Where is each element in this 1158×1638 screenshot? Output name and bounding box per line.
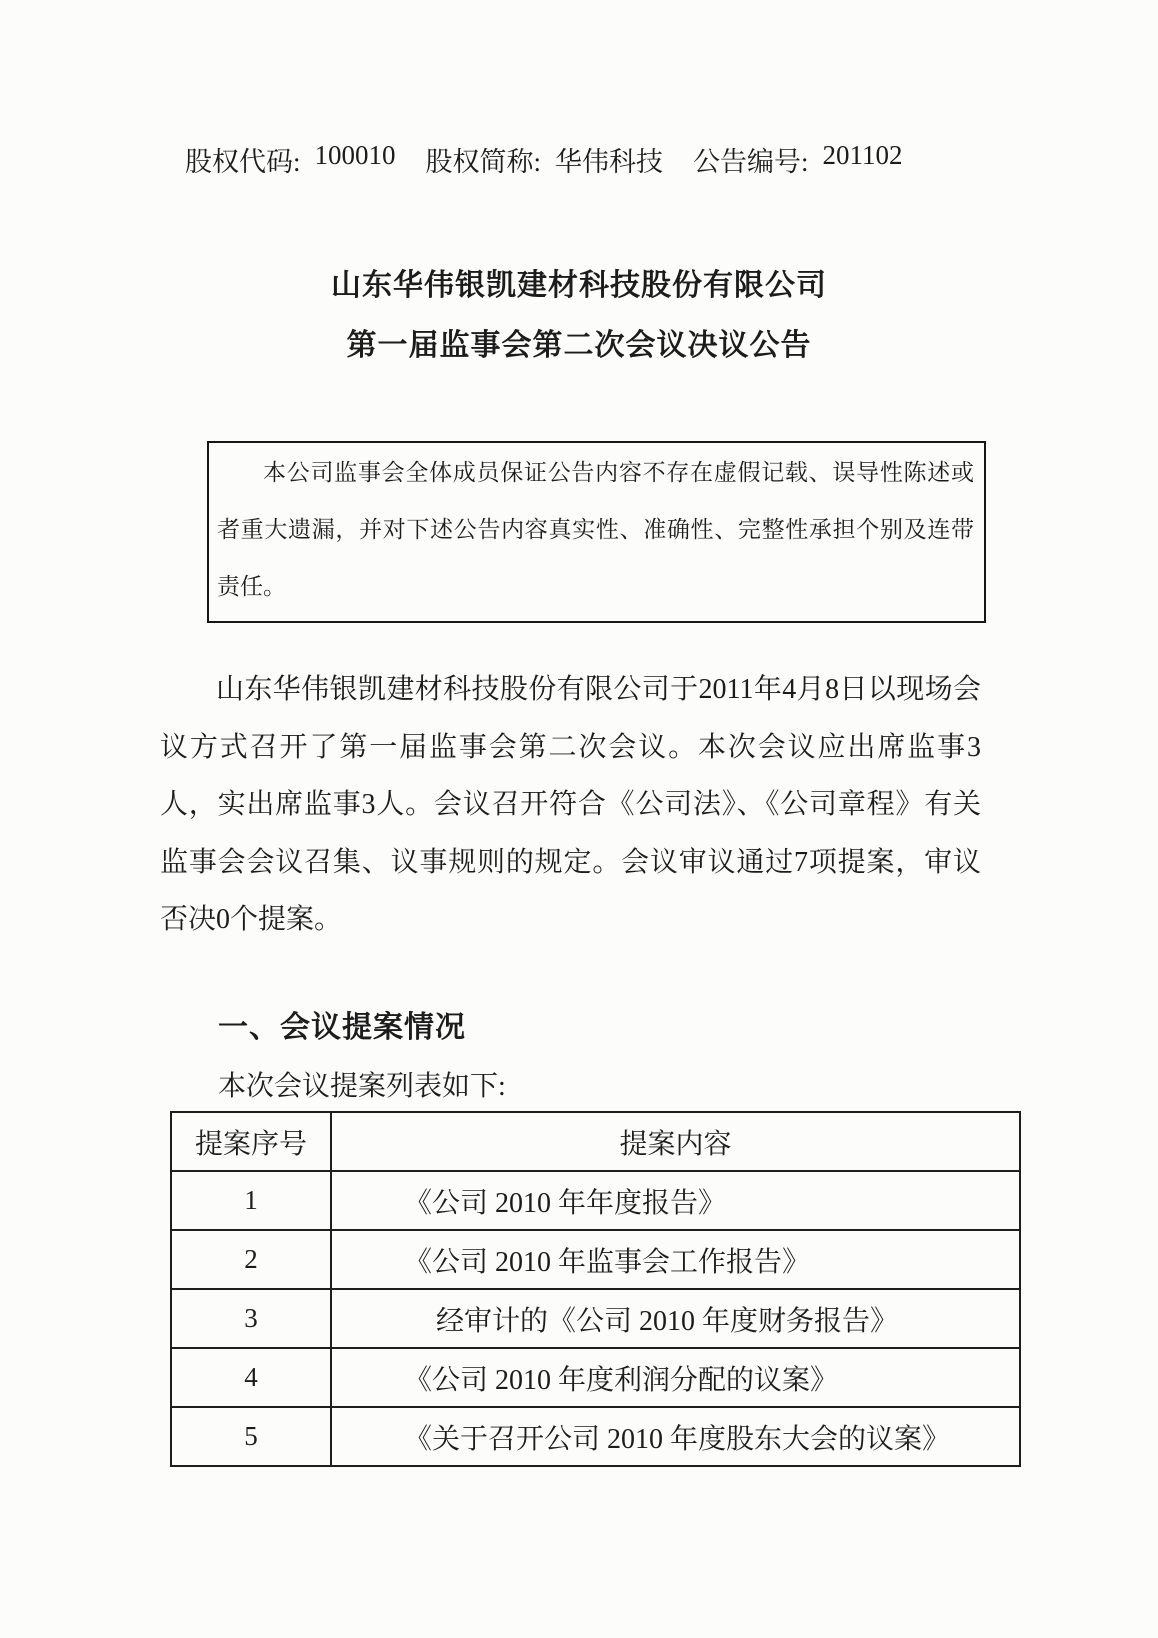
proposal-number: 1 (171, 1171, 331, 1230)
column-header-proposal-number: 提案序号 (171, 1112, 331, 1171)
disclaimer-text: 本公司监事会全体成员保证公告内容不存在虚假记载、误导性陈述或者重大遗漏，并对下述… (217, 444, 974, 615)
table-row: 4 《公司 2010 年度利润分配的议案》 (171, 1348, 1020, 1407)
stock-name-pair: 股权简称: 华伟科技 (426, 140, 664, 179)
meeting-summary-paragraph: 山东华伟银凯建材科技股份有限公司于2011年4月8日以现场会议方式召开了第一届监… (160, 661, 981, 949)
column-header-proposal-content: 提案内容 (331, 1112, 1020, 1171)
table-row: 2 《公司 2010 年监事会工作报告》 (171, 1230, 1020, 1289)
proposal-number: 4 (171, 1348, 331, 1407)
proposal-number: 3 (171, 1289, 331, 1348)
stock-code-pair: 股权代码: 100010 (185, 140, 396, 179)
announcement-no-pair: 公告编号: 201102 (693, 140, 903, 179)
proposal-content: 《公司 2010 年监事会工作报告》 (331, 1230, 1020, 1289)
company-name-title: 山东华伟银凯建材科技股份有限公司 (0, 260, 1158, 304)
stock-name-value: 华伟科技 (555, 140, 663, 179)
proposal-number: 2 (171, 1230, 331, 1289)
announcement-document-page: 股权代码: 100010 股权简称: 华伟科技 公告编号: 201102 山东华… (0, 0, 1158, 1638)
document-header: 股权代码: 100010 股权简称: 华伟科技 公告编号: 201102 (185, 140, 903, 179)
proposal-content: 经审计的《公司 2010 年度财务报告》 (331, 1289, 1020, 1348)
table-intro-text: 本次会议提案列表如下: (218, 1064, 506, 1104)
announcement-title: 第一届监事会第二次会议决议公告 (0, 320, 1158, 364)
proposal-number: 5 (171, 1407, 331, 1466)
proposal-content: 《公司 2010 年年度报告》 (331, 1171, 1020, 1230)
table-row: 5 《关于召开公司 2010 年度股东大会的议案》 (171, 1407, 1020, 1466)
stock-code-value: 100010 (315, 140, 396, 179)
disclaimer-box: 本公司监事会全体成员保证公告内容不存在虚假记载、误导性陈述或者重大遗漏，并对下述… (207, 441, 986, 623)
proposal-table-header-row: 提案序号 提案内容 (171, 1112, 1020, 1171)
stock-name-label: 股权简称: (426, 140, 542, 179)
announcement-no-value: 201102 (823, 140, 903, 179)
table-row: 1 《公司 2010 年年度报告》 (171, 1171, 1020, 1230)
proposal-content: 《公司 2010 年度利润分配的议案》 (331, 1348, 1020, 1407)
proposal-content: 《关于召开公司 2010 年度股东大会的议案》 (331, 1407, 1020, 1466)
section-heading-proposals: 一、会议提案情况 (218, 1002, 466, 1046)
stock-code-label: 股权代码: (185, 140, 301, 179)
announcement-no-label: 公告编号: (693, 140, 809, 179)
table-row: 3 经审计的《公司 2010 年度财务报告》 (171, 1289, 1020, 1348)
proposal-table: 提案序号 提案内容 1 《公司 2010 年年度报告》 2 《公司 2010 年… (170, 1111, 1021, 1467)
